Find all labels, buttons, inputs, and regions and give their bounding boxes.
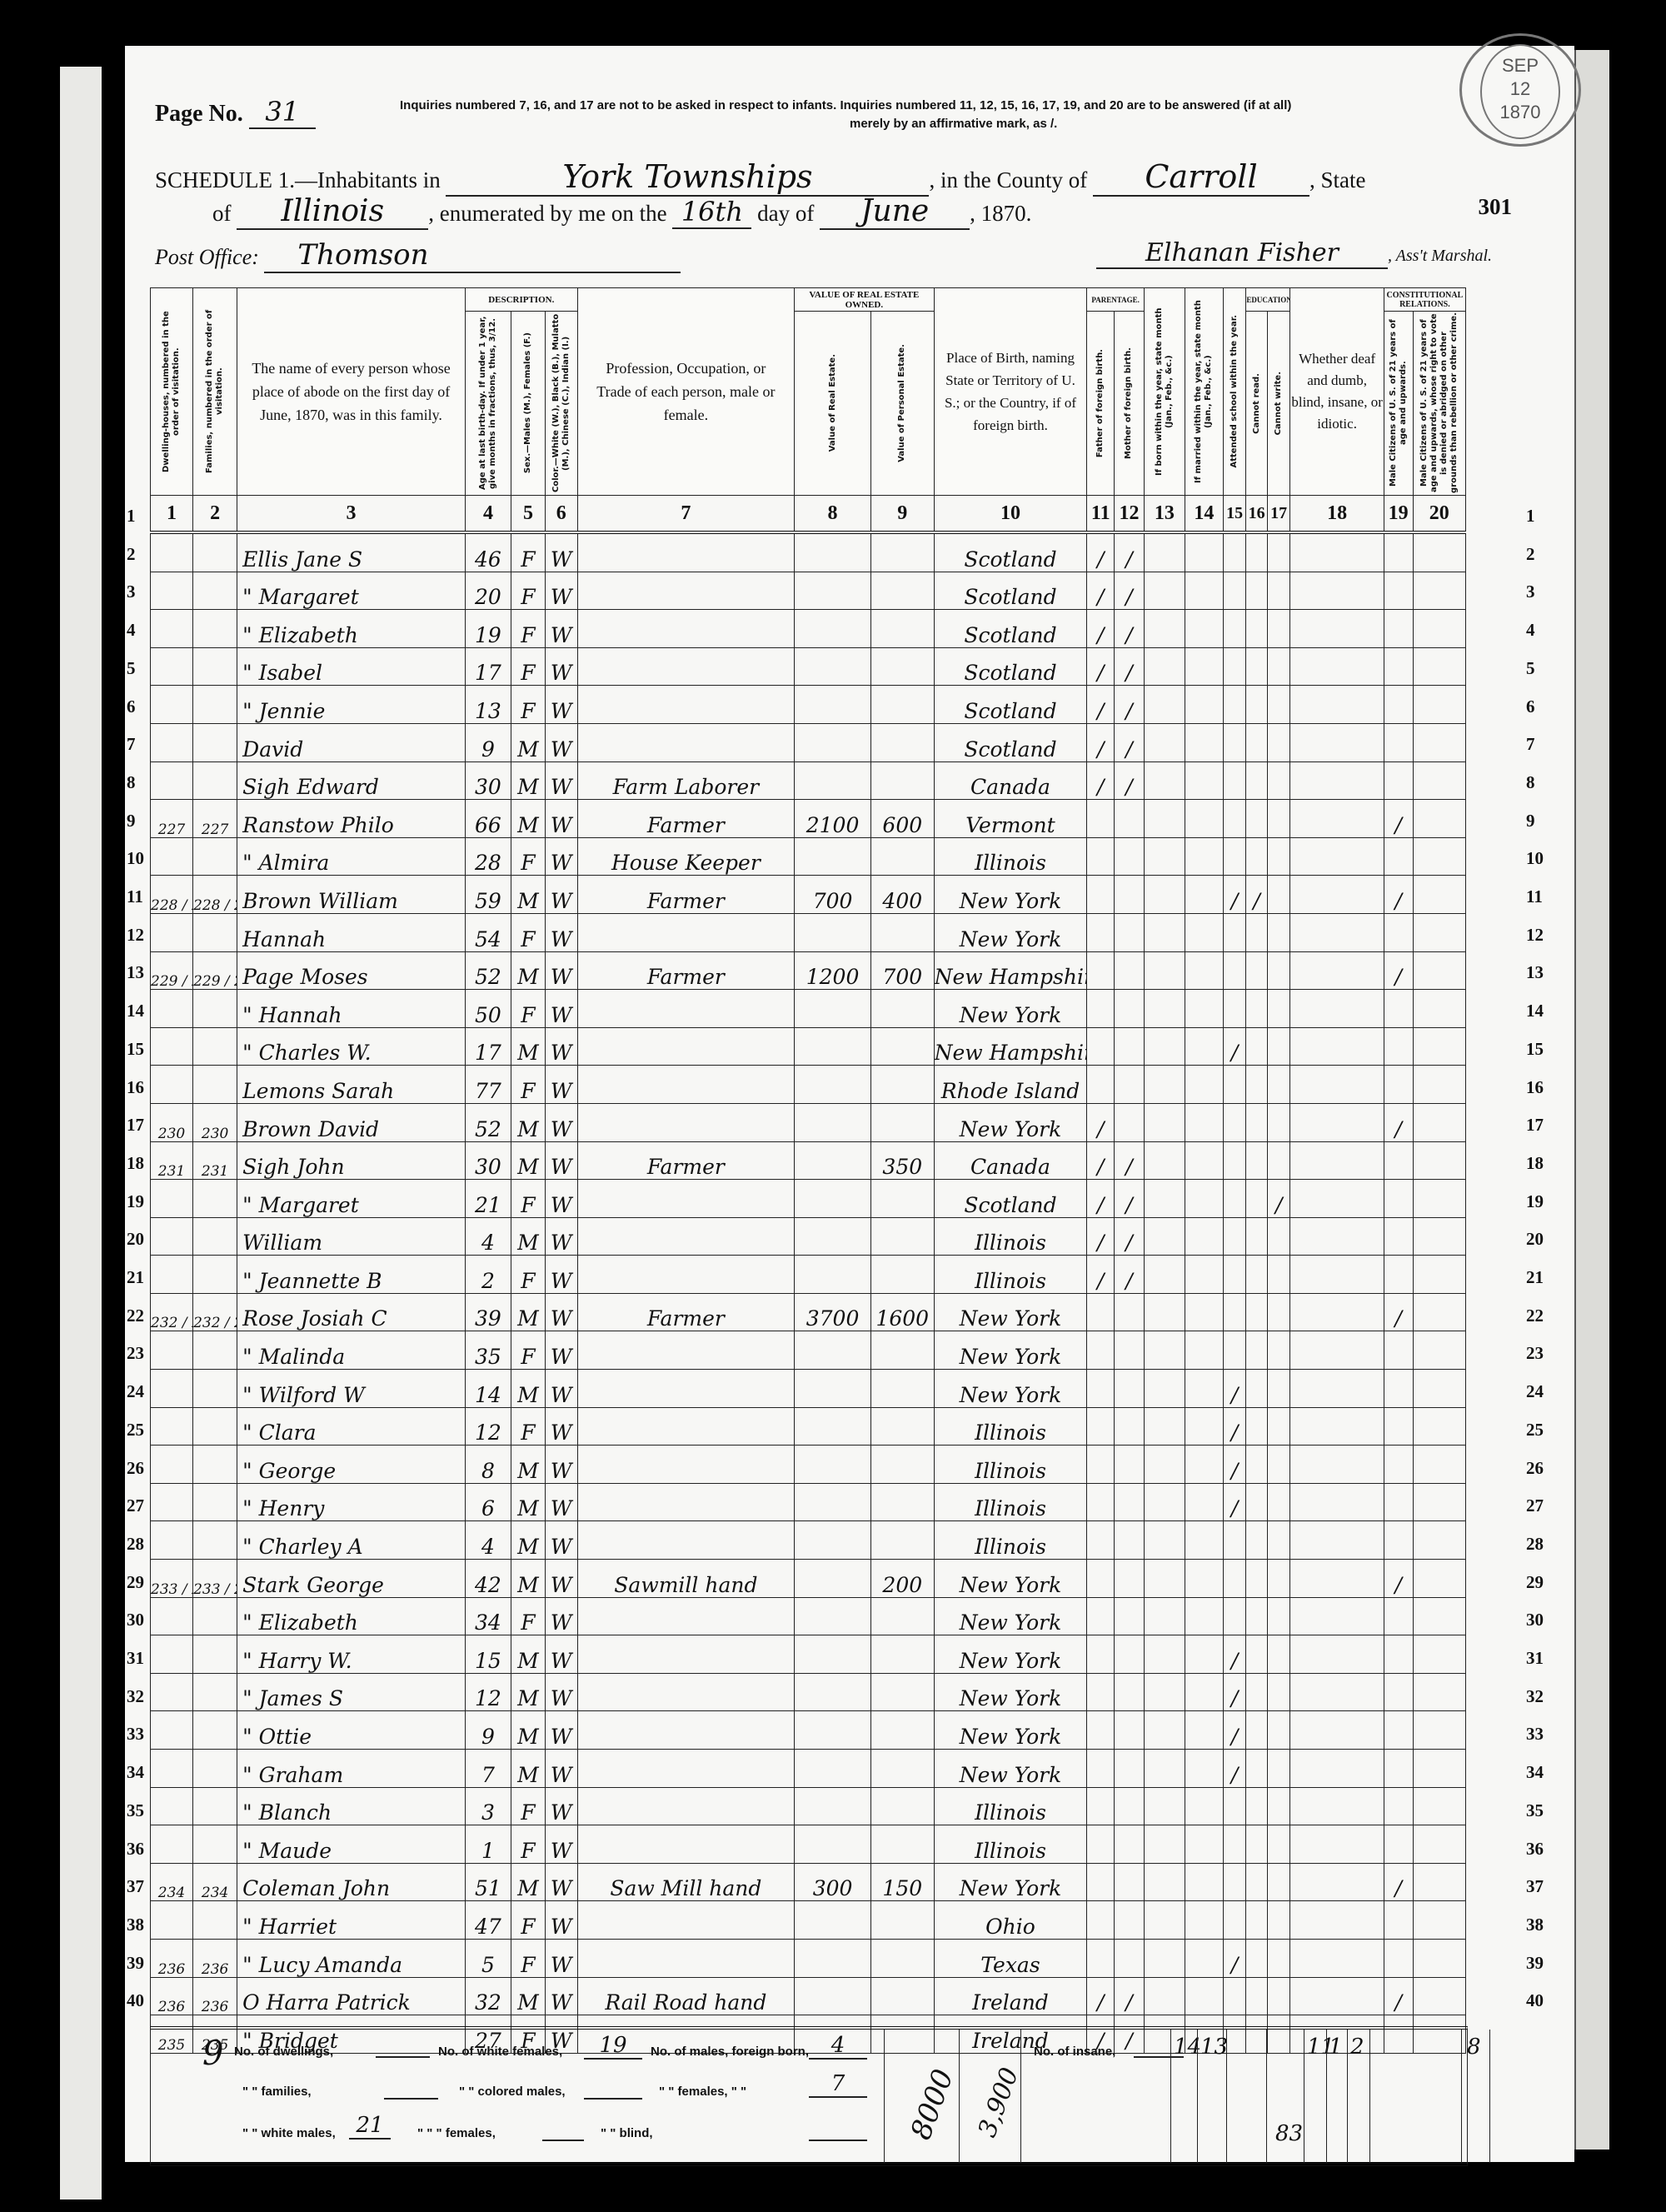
- father-foreign-mark: /: [1087, 1977, 1115, 2015]
- age: 12: [465, 1407, 511, 1446]
- mother-foreign-mark: [1115, 837, 1145, 876]
- cannot-write-mark: [1267, 1407, 1290, 1446]
- line-number-right: 23: [1526, 1343, 1544, 1364]
- occupation: House Keeper: [577, 837, 794, 876]
- color: W: [545, 1331, 577, 1370]
- disability: [1290, 532, 1384, 572]
- age: 47: [465, 1901, 511, 1940]
- cannot-write-mark: [1267, 990, 1290, 1028]
- cannot-write-mark: [1267, 951, 1290, 990]
- personal-estate-value: [871, 686, 935, 724]
- dwelling-number: 227: [151, 800, 193, 838]
- cannot-write-mark: [1267, 1446, 1290, 1484]
- male-citizen-mark: /: [1384, 1293, 1413, 1331]
- dwelling-number: [151, 1825, 193, 1864]
- cannot-read-mark: [1246, 1217, 1268, 1256]
- sex: M: [511, 761, 546, 800]
- col-19-header: Male Citizens of U. S. of 21 years of ag…: [1389, 312, 1409, 495]
- family-number: [193, 686, 237, 724]
- born-within-year: [1144, 1863, 1185, 1901]
- born-within-year: [1144, 1597, 1185, 1635]
- divider: [1170, 2030, 1171, 2163]
- mother-foreign-total: 13: [1200, 2035, 1228, 2060]
- father-foreign-mark: [1087, 1483, 1115, 1521]
- line-number-right: 30: [1526, 1610, 1544, 1630]
- col-num-14: 14: [1185, 496, 1223, 533]
- disability: [1290, 572, 1384, 610]
- family-number: [193, 1066, 237, 1104]
- dwelling-number: 231: [151, 1141, 193, 1180]
- col-num-10: 10: [934, 496, 1087, 533]
- vote-denied-mark: [1413, 1635, 1465, 1674]
- col-num-20: 20: [1413, 496, 1465, 533]
- dwelling-number: [151, 572, 193, 610]
- occupation: [577, 1825, 794, 1864]
- personal-estate-value: [871, 761, 935, 800]
- married-within-year: [1185, 1939, 1223, 1977]
- attended-school-mark: [1223, 1293, 1246, 1331]
- married-within-year: [1185, 1825, 1223, 1864]
- colored-males-label: " " colored males,: [459, 2085, 566, 2099]
- male-citizen-mark: [1384, 1446, 1413, 1484]
- dwelling-number: [151, 686, 193, 724]
- cannot-read-mark: [1246, 723, 1268, 761]
- census-row: " Malinda35FWNew York: [151, 1331, 1466, 1370]
- sex: M: [511, 723, 546, 761]
- born-within-year: [1144, 1066, 1185, 1104]
- census-row: 227227Ranstow Philo66MWFarmer2100600Verm…: [151, 800, 1466, 838]
- mother-foreign-mark: [1115, 1901, 1145, 1940]
- mother-foreign-mark: [1115, 990, 1145, 1028]
- line-number-right: 17: [1526, 1115, 1544, 1136]
- born-within-year: [1144, 1483, 1185, 1521]
- enumeration-line: of Illinois, enumerated by me on the 16t…: [212, 194, 1512, 230]
- age: 17: [465, 1027, 511, 1066]
- mother-foreign-mark: [1115, 1597, 1145, 1635]
- post-office-label: Post Office:: [155, 245, 259, 269]
- white-males-value: 21: [349, 2113, 391, 2140]
- occupation: [577, 1180, 794, 1218]
- birthplace: New York: [934, 1863, 1087, 1901]
- male-citizen-mark: /: [1384, 800, 1413, 838]
- cannot-write-mark: [1267, 1103, 1290, 1141]
- mother-foreign-mark: [1115, 1673, 1145, 1711]
- person-name: " Graham: [237, 1750, 466, 1788]
- person-name: Sigh John: [237, 1141, 466, 1180]
- disability: [1290, 1901, 1384, 1940]
- col-14-header: If married within the year, state month …: [1194, 300, 1214, 483]
- line-number-left: 36: [127, 1839, 144, 1860]
- disability: [1290, 1180, 1384, 1218]
- family-number: [193, 1370, 237, 1408]
- sex: M: [511, 800, 546, 838]
- father-foreign-mark: [1087, 837, 1115, 876]
- dwelling-number: [151, 1256, 193, 1294]
- cannot-read-mark: [1246, 1863, 1268, 1901]
- personal-estate-value: [871, 990, 935, 1028]
- cannot-read-mark: [1246, 572, 1268, 610]
- dwelling-number: [151, 647, 193, 686]
- census-row: 232 / 233232 / 233Rose Josiah C39MWFarme…: [151, 1293, 1466, 1331]
- line-number-left: 9: [127, 811, 136, 831]
- mother-foreign-mark: /: [1115, 1180, 1145, 1218]
- enumerated-label: , enumerated by me on the: [428, 201, 666, 226]
- married-within-year: [1185, 1863, 1223, 1901]
- census-row: " Blanch3FWIllinois: [151, 1787, 1466, 1825]
- disability: [1290, 1863, 1384, 1901]
- sex: F: [511, 1787, 546, 1825]
- disability: [1290, 1331, 1384, 1370]
- real-estate-value: [795, 647, 871, 686]
- mother-foreign-mark: [1115, 1103, 1145, 1141]
- col-10-header: Place of Birth, naming State or Territor…: [934, 288, 1087, 496]
- personal-estate-value: [871, 1217, 935, 1256]
- father-foreign-mark: /: [1087, 647, 1115, 686]
- sex: F: [511, 1939, 546, 1977]
- census-row: " Charles W.17MWNew Hampshire/: [151, 1027, 1466, 1066]
- married-within-year: [1185, 686, 1223, 724]
- disability: [1290, 913, 1384, 951]
- dwelling-number: 236: [151, 1939, 193, 1977]
- birthplace: Scotland: [934, 1180, 1087, 1218]
- age: 2: [465, 1256, 511, 1294]
- disability: [1290, 1370, 1384, 1408]
- line-number-right: 14: [1526, 1001, 1544, 1021]
- father-foreign-mark: [1087, 1901, 1115, 1940]
- cannot-write-mark: /: [1267, 1180, 1290, 1218]
- cannot-write-mark: [1267, 1141, 1290, 1180]
- occupation: [577, 1711, 794, 1750]
- born-within-year: [1144, 1103, 1185, 1141]
- age: 54: [465, 913, 511, 951]
- cannot-read-mark: [1246, 1331, 1268, 1370]
- cannot-write-total: 2: [1350, 2035, 1364, 2060]
- line-number-right: 10: [1526, 848, 1544, 869]
- cannot-write-mark: [1267, 1027, 1290, 1066]
- age: 9: [465, 1711, 511, 1750]
- line-number-left: 10: [127, 848, 144, 869]
- age: 59: [465, 876, 511, 914]
- father-foreign-mark: [1087, 1939, 1115, 1977]
- attended-school-mark: [1223, 1103, 1246, 1141]
- dwelling-number: [151, 723, 193, 761]
- attended-school-mark: [1223, 990, 1246, 1028]
- born-within-year: [1144, 532, 1185, 572]
- age: 34: [465, 1597, 511, 1635]
- sex: M: [511, 1141, 546, 1180]
- line-number-right: 38: [1526, 1915, 1544, 1935]
- personal-estate-value: [871, 647, 935, 686]
- cannot-read-total: 1: [1329, 2035, 1343, 2060]
- attended-school-mark: /: [1223, 1673, 1246, 1711]
- line-number-left: 5: [127, 658, 136, 679]
- married-within-year: [1185, 951, 1223, 990]
- male-citizen-mark: [1384, 647, 1413, 686]
- instructions-line-2: merely by an affirmative mark, as /.: [850, 117, 1057, 131]
- male-citizen-mark: [1384, 1521, 1413, 1560]
- birthplace: Illinois: [934, 1787, 1087, 1825]
- married-within-year: [1185, 1560, 1223, 1598]
- person-name: " Hannah: [237, 990, 466, 1028]
- vote-denied-mark: [1413, 1863, 1465, 1901]
- occupation: [577, 686, 794, 724]
- attended-school-mark: [1223, 1787, 1246, 1825]
- real-estate-value: [795, 1597, 871, 1635]
- occupation: Farm Laborer: [577, 761, 794, 800]
- mother-foreign-mark: [1115, 1066, 1145, 1104]
- color: W: [545, 1141, 577, 1180]
- personal-estate-value: [871, 1901, 935, 1940]
- birthplace: New York: [934, 913, 1087, 951]
- male-citizen-mark: [1384, 837, 1413, 876]
- page-label: Page No.: [155, 101, 243, 127]
- census-row: 231231Sigh John30MWFarmer350Canada//: [151, 1141, 1466, 1180]
- birthplace: Illinois: [934, 1446, 1087, 1484]
- occupation: Rail Road hand: [577, 1977, 794, 2015]
- personal-estate-value: [871, 913, 935, 951]
- col-9-header: Value of Personal Estate.: [897, 344, 907, 462]
- real-estate-value: [795, 1217, 871, 1256]
- color: W: [545, 800, 577, 838]
- sex: F: [511, 686, 546, 724]
- col-num-12: 12: [1115, 496, 1145, 533]
- real-estate-value: [795, 1407, 871, 1446]
- color: W: [545, 1521, 577, 1560]
- real-estate-value: [795, 1180, 871, 1218]
- education-group-header: EDUCATION.: [1246, 288, 1290, 312]
- personal-estate-value: [871, 1370, 935, 1408]
- census-row: 230230Brown David52MWNew York//: [151, 1103, 1466, 1141]
- attended-school-mark: [1223, 1597, 1246, 1635]
- birthplace: Ohio: [934, 1901, 1087, 1940]
- family-number: [193, 1635, 237, 1674]
- line-number-right: 34: [1526, 1762, 1544, 1783]
- line-number-left: 3: [127, 582, 136, 602]
- dwelling-number: [151, 761, 193, 800]
- line-number-right: 26: [1526, 1458, 1544, 1479]
- census-row: Sigh Edward30MWFarm LaborerCanada//: [151, 761, 1466, 800]
- born-within-year: [1144, 1293, 1185, 1331]
- col-num-19: 19: [1384, 496, 1413, 533]
- cannot-write-mark: [1267, 761, 1290, 800]
- father-foreign-mark: /: [1087, 1217, 1115, 1256]
- color: W: [545, 572, 577, 610]
- real-estate-value: [795, 1901, 871, 1940]
- sex: F: [511, 1180, 546, 1218]
- blind-blank: [809, 2125, 867, 2141]
- father-foreign-mark: [1087, 1066, 1115, 1104]
- dwelling-number: 234: [151, 1863, 193, 1901]
- attended-school-mark: /: [1223, 1027, 1246, 1066]
- cannot-write-mark: [1267, 1825, 1290, 1864]
- disability: [1290, 1066, 1384, 1104]
- dwelling-number: 230: [151, 1103, 193, 1141]
- cannot-read-mark: [1246, 1901, 1268, 1940]
- line-number-right: 22: [1526, 1306, 1544, 1326]
- family-number: [193, 990, 237, 1028]
- personal-estate-value: [871, 1027, 935, 1066]
- family-number: [193, 1901, 237, 1940]
- males-foreign-value: 4: [809, 2033, 867, 2060]
- occupation: [577, 1370, 794, 1408]
- family-number: [193, 1180, 237, 1218]
- cannot-write-mark: [1267, 1521, 1290, 1560]
- personal-estate-value: [871, 1180, 935, 1218]
- vote-denied-mark: [1413, 1673, 1465, 1711]
- family-number: [193, 913, 237, 951]
- real-estate-value: [795, 1141, 871, 1180]
- attended-school-mark: [1223, 837, 1246, 876]
- dwelling-number: [151, 1673, 193, 1711]
- age: 32: [465, 1977, 511, 2015]
- disability: [1290, 1939, 1384, 1977]
- col-num-17: 17: [1267, 496, 1290, 533]
- married-within-year: [1185, 1597, 1223, 1635]
- cannot-read-mark: [1246, 837, 1268, 876]
- month-value: June: [820, 194, 970, 230]
- attended-school-mark: /: [1223, 1446, 1246, 1484]
- married-within-year: [1185, 572, 1223, 610]
- color: W: [545, 1483, 577, 1521]
- cannot-write-mark: [1267, 1977, 1290, 2015]
- col-num-18: 18: [1290, 496, 1384, 533]
- born-within-year: [1144, 990, 1185, 1028]
- mother-foreign-mark: /: [1115, 723, 1145, 761]
- born-within-year: [1144, 1027, 1185, 1066]
- mother-foreign-mark: [1115, 1560, 1145, 1598]
- born-within-year: [1144, 723, 1185, 761]
- born-within-year: [1144, 686, 1185, 724]
- personal-estate-value: [871, 723, 935, 761]
- born-within-year: [1144, 1787, 1185, 1825]
- real-estate-value: [795, 610, 871, 648]
- family-number: [193, 837, 237, 876]
- vote-denied-mark: [1413, 1597, 1465, 1635]
- disability: [1290, 800, 1384, 838]
- line-number-right: 6: [1526, 697, 1535, 717]
- birthplace: Illinois: [934, 1521, 1087, 1560]
- family-number: 234: [193, 1863, 237, 1901]
- married-within-year: [1185, 1446, 1223, 1484]
- married-within-year: [1185, 1141, 1223, 1180]
- census-row: 234234Coleman John51MWSaw Mill hand30015…: [151, 1863, 1466, 1901]
- occupation: [577, 1521, 794, 1560]
- color: W: [545, 1750, 577, 1788]
- personal-estate-value: [871, 1673, 935, 1711]
- col-16-header: Cannot read.: [1252, 373, 1262, 434]
- person-name: Lemons Sarah: [237, 1066, 466, 1104]
- col-11-header: Father of foreign birth.: [1095, 349, 1105, 457]
- person-name: " Elizabeth: [237, 610, 466, 648]
- sex: M: [511, 1370, 546, 1408]
- vote-denied-mark: [1413, 572, 1465, 610]
- born-within-year: [1144, 837, 1185, 876]
- family-number: [193, 1787, 237, 1825]
- attended-school-mark: [1223, 723, 1246, 761]
- mother-foreign-mark: [1115, 1711, 1145, 1750]
- family-number: 231: [193, 1141, 237, 1180]
- occupation: Farmer: [577, 876, 794, 914]
- page-totals-footer: 9 No. of dwellings, No. of white females…: [150, 2026, 1468, 2166]
- color: W: [545, 1977, 577, 2015]
- occupation: [577, 1217, 794, 1256]
- occupation: [577, 647, 794, 686]
- married-within-year: [1185, 1066, 1223, 1104]
- mother-foreign-mark: /: [1115, 761, 1145, 800]
- color: W: [545, 876, 577, 914]
- cannot-read-mark: [1246, 990, 1268, 1028]
- disability: [1290, 990, 1384, 1028]
- col-17-header: Cannot write.: [1274, 372, 1284, 435]
- married-within-year: [1185, 610, 1223, 648]
- family-number: [193, 1711, 237, 1750]
- birthplace: Illinois: [934, 1256, 1087, 1294]
- attended-school-mark: [1223, 610, 1246, 648]
- personal-estate-value: 400: [871, 876, 935, 914]
- real-estate-value: [795, 1521, 871, 1560]
- color: W: [545, 1446, 577, 1484]
- born-within-year: [1144, 1977, 1185, 2015]
- color: W: [545, 837, 577, 876]
- vote-denied-mark: [1413, 1711, 1465, 1750]
- mother-foreign-mark: [1115, 1446, 1145, 1484]
- born-within-year: [1144, 647, 1185, 686]
- father-foreign-mark: [1087, 1027, 1115, 1066]
- cannot-write-mark: [1267, 1939, 1290, 1977]
- person-name: " Charles W.: [237, 1027, 466, 1066]
- family-number: [193, 610, 237, 648]
- male-citizen-mark: /: [1384, 876, 1413, 914]
- mother-foreign-mark: [1115, 1863, 1145, 1901]
- married-within-year: [1185, 1483, 1223, 1521]
- cannot-read-mark: [1246, 1597, 1268, 1635]
- personal-estate-value: [871, 1711, 935, 1750]
- sex: M: [511, 1521, 546, 1560]
- real-estate-value: 300: [795, 1863, 871, 1901]
- vote-denied-mark: [1413, 761, 1465, 800]
- line-number-left: 22: [127, 1306, 144, 1326]
- mother-foreign-mark: [1115, 951, 1145, 990]
- mother-foreign-mark: /: [1115, 1217, 1145, 1256]
- vote-denied-mark: [1413, 1750, 1465, 1788]
- vote-denied-mark: [1413, 800, 1465, 838]
- vote-denied-mark: [1413, 1370, 1465, 1408]
- col-7-header: Profession, Occupation, or Trade of each…: [577, 288, 794, 496]
- personal-estate-value: 1600: [871, 1293, 935, 1331]
- census-row: 236236" Lucy Amanda5FWTexas/: [151, 1939, 1466, 1977]
- mother-foreign-mark: /: [1115, 1977, 1145, 2015]
- cannot-read-mark: [1246, 1293, 1268, 1331]
- married-within-year: [1185, 647, 1223, 686]
- column-number-row: 1 2 3 4 5 6 7 8 9 10 11 12 13 14 15 16 1…: [151, 496, 1466, 533]
- mother-foreign-mark: [1115, 800, 1145, 838]
- male-citizen-mark: [1384, 532, 1413, 572]
- birthplace: New York: [934, 1673, 1087, 1711]
- father-foreign-mark: [1087, 1750, 1115, 1788]
- personal-estate-value: 200: [871, 1560, 935, 1598]
- vote-denied-mark: [1413, 1787, 1465, 1825]
- mother-foreign-mark: [1115, 1483, 1145, 1521]
- father-foreign-mark: /: [1087, 1141, 1115, 1180]
- divider: [1304, 2030, 1304, 2163]
- mother-foreign-mark: /: [1115, 532, 1145, 572]
- line-number-left: 18: [127, 1153, 144, 1174]
- insane-label: No. of insane,: [1034, 2045, 1115, 2059]
- birthplace: New Hampshire: [934, 951, 1087, 990]
- male-citizen-mark: [1384, 686, 1413, 724]
- married-within-year: [1185, 1370, 1223, 1408]
- disability: [1290, 1787, 1384, 1825]
